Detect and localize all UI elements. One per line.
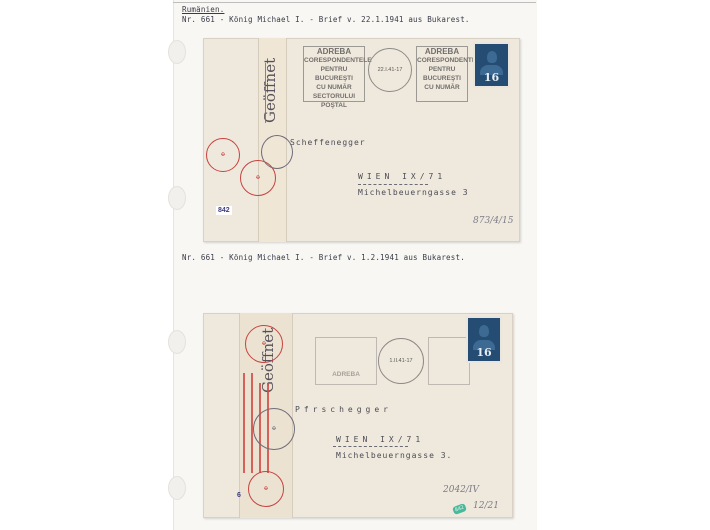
postage-stamp: 16 <box>473 42 510 88</box>
censor-band-text: Geöffnet <box>261 58 279 123</box>
punch-hole <box>168 476 186 500</box>
addressee-name: Scheffenegger <box>290 138 366 147</box>
censor-cachet-grey <box>261 135 293 169</box>
address-city: WIEN IX/71 <box>358 172 446 181</box>
censor-number-label: 842 <box>216 206 232 215</box>
punch-hole <box>168 186 186 210</box>
slogan-cancel: ADREBA CORESPONDENTELE PENTRU BUCUREŞTI … <box>416 46 468 102</box>
censor-number-label: 6 <box>235 491 243 500</box>
censor-cachet-grey: ✠ <box>253 408 295 450</box>
slogan-cancel: ADREBA <box>315 337 377 385</box>
entry-caption: Nr. 661 - König Michael I. - Brief v. 22… <box>182 15 470 24</box>
green-mark: 842 <box>452 503 467 515</box>
punch-hole <box>168 330 186 354</box>
slogan-cancel <box>428 337 470 385</box>
punch-hole <box>168 40 186 64</box>
date-postmark: 22.I.41-17 <box>368 48 412 92</box>
censor-mark <box>243 373 245 473</box>
pencil-note: 873/4/15 <box>473 216 513 226</box>
postage-stamp: 16 <box>466 316 502 363</box>
address-street: Michelbeuerngasse 3 <box>358 188 469 197</box>
censor-cachet-eagle: ✠ <box>206 138 240 172</box>
censor-cachet-eagle: ✠ <box>248 471 284 507</box>
country-heading: Rumänien. <box>182 5 224 14</box>
addressee-name: Pfrschegger <box>295 405 392 414</box>
slogan-cancel: ADREBA CORESPONDENTELE PENTRU BUCUREŞTI … <box>303 46 365 102</box>
sheet-top-border <box>173 2 536 3</box>
cover-2: Geöffnet ✠ ✠ ✠ 6 ADREBA 1.II.41-17 16 Pf… <box>203 313 513 518</box>
censor-mark <box>265 63 266 123</box>
cover-1: Geöffnet ADREBA CORESPONDENTELE PENTRU B… <box>203 38 520 242</box>
address-city: WIEN IX/71 <box>336 435 424 444</box>
address-street: Michelbeuerngasse 3. <box>336 451 452 460</box>
pencil-note: 12/21 <box>473 501 499 511</box>
date-postmark: 1.II.41-17 <box>378 338 424 384</box>
censor-cachet-eagle: ✠ <box>245 325 283 363</box>
pencil-note: 2042/IV <box>443 485 479 495</box>
king-portrait <box>479 325 489 337</box>
entry-caption: Nr. 661 - König Michael I. - Brief v. 1.… <box>182 253 465 262</box>
king-portrait <box>487 51 497 63</box>
